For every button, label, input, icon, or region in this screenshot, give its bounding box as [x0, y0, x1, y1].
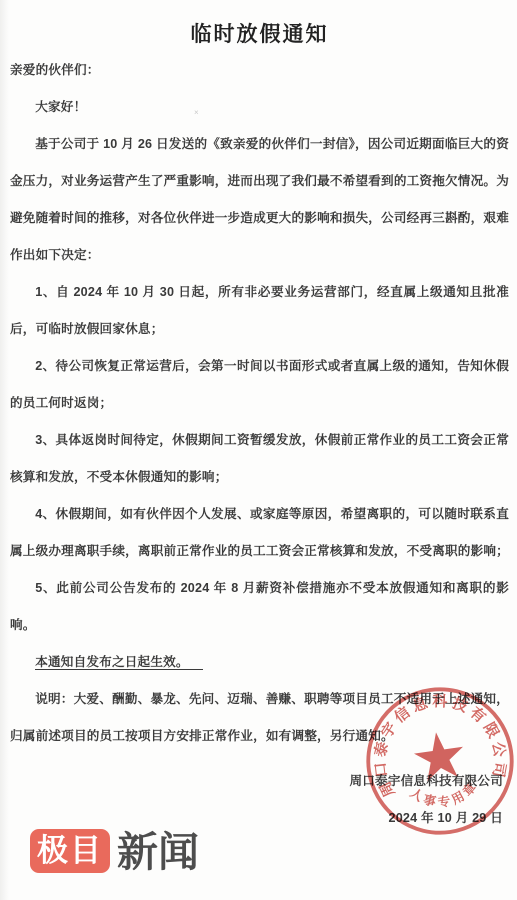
note-paragraph: 说明：大爱、酬勤、暴龙、先问、迈瑞、善赚、职聘等项目员工不适用于上述通知，归属前…: [10, 681, 509, 755]
effective-date-underlined-text: 本通知自发布之日起生效。: [35, 655, 203, 670]
salutation-line: 亲爱的伙伴们：: [10, 52, 509, 89]
notice-item-2: 2、待公司恢复正常运营后，会第一时间以书面形式或者直属上级的通知，告知休假的员工…: [10, 348, 509, 422]
jimu-news-suffix: 新闻: [117, 829, 199, 875]
intro-paragraph: 基于公司于 10 月 26 日发送的《致亲爱的伙伴们一封信》，因公司近期面临巨大…: [10, 126, 509, 274]
notice-title: 临时放假通知: [10, 18, 509, 52]
jimu-news-badge: 极目: [30, 829, 110, 873]
greeting-line: 大家好！: [10, 89, 509, 126]
notice-item-3: 3、具体返岗时间待定，休假期间工资暂缓发放，休假前正常作业的员工工资会正常核算和…: [10, 422, 509, 496]
notice-item-4: 4、休假期间，如有伙伴因个人发展、或家庭等原因，希望离职的，可以随时联系直属上级…: [10, 496, 509, 570]
jimu-news-watermark: 极目 新闻: [30, 829, 199, 875]
signature-company: 周口泰宇信息科技有限公司: [10, 763, 503, 800]
effective-date-line: 本通知自发布之日起生效。: [10, 644, 509, 681]
notice-document: 临时放假通知 亲爱的伙伴们： 大家好！ 基于公司于 10 月 26 日发送的《致…: [0, 0, 517, 900]
signature-block: 周口泰宇信息科技有限公司 2024 年 10 月 29 日: [10, 763, 509, 837]
notice-item-1: 1、自 2024 年 10 月 30 日起，所有非必要业务运营部门，经直属上级通…: [10, 274, 509, 348]
scanned-notice-photo: × 临时放假通知 亲爱的伙伴们： 大家好！ 基于公司于 10 月 26 日发送的…: [0, 0, 517, 900]
notice-item-5: 5、此前公司公告发布的 2024 年 8 月薪资补偿措施亦不受本放假通知和离职的…: [10, 570, 509, 644]
